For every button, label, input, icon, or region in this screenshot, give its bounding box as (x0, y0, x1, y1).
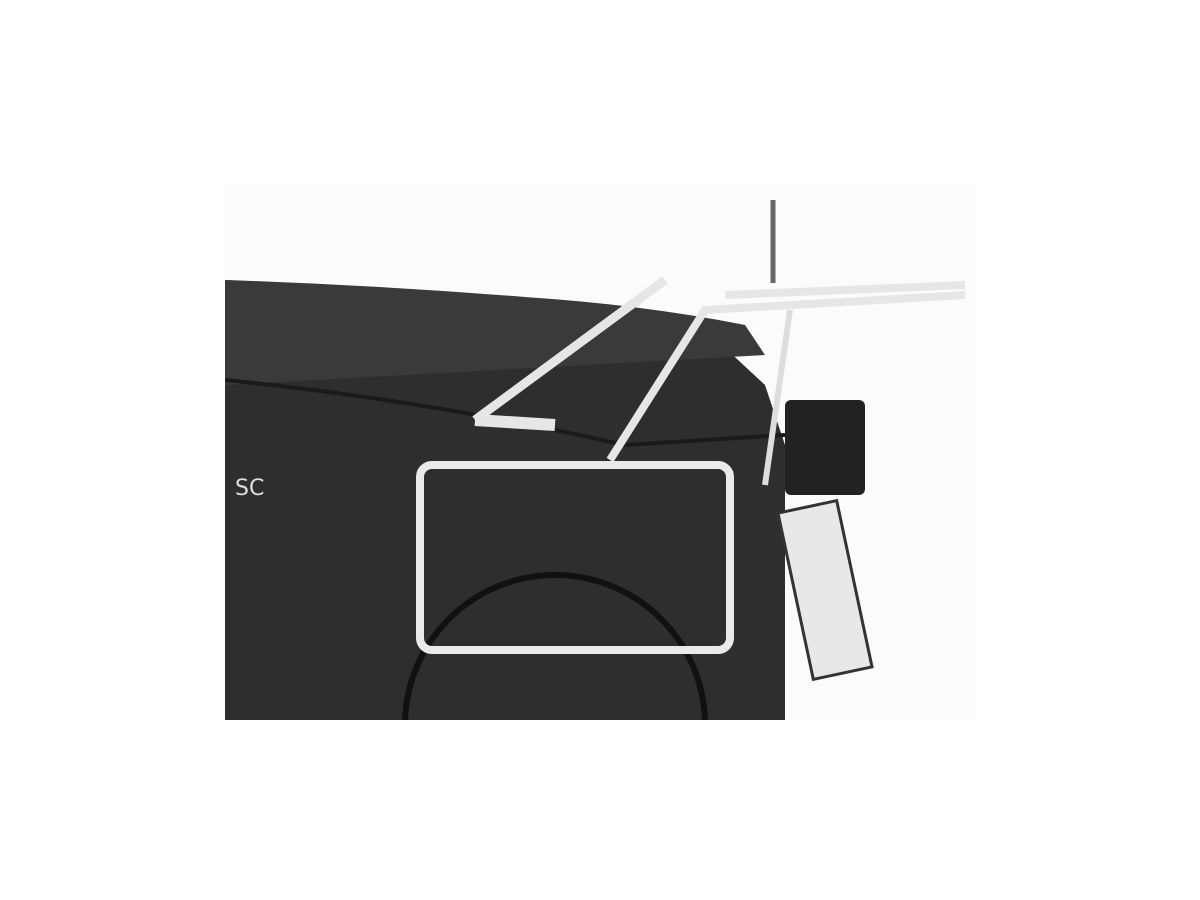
motorcycle-photo: SC (225, 185, 975, 720)
bike-badge-text: SC (235, 476, 264, 501)
